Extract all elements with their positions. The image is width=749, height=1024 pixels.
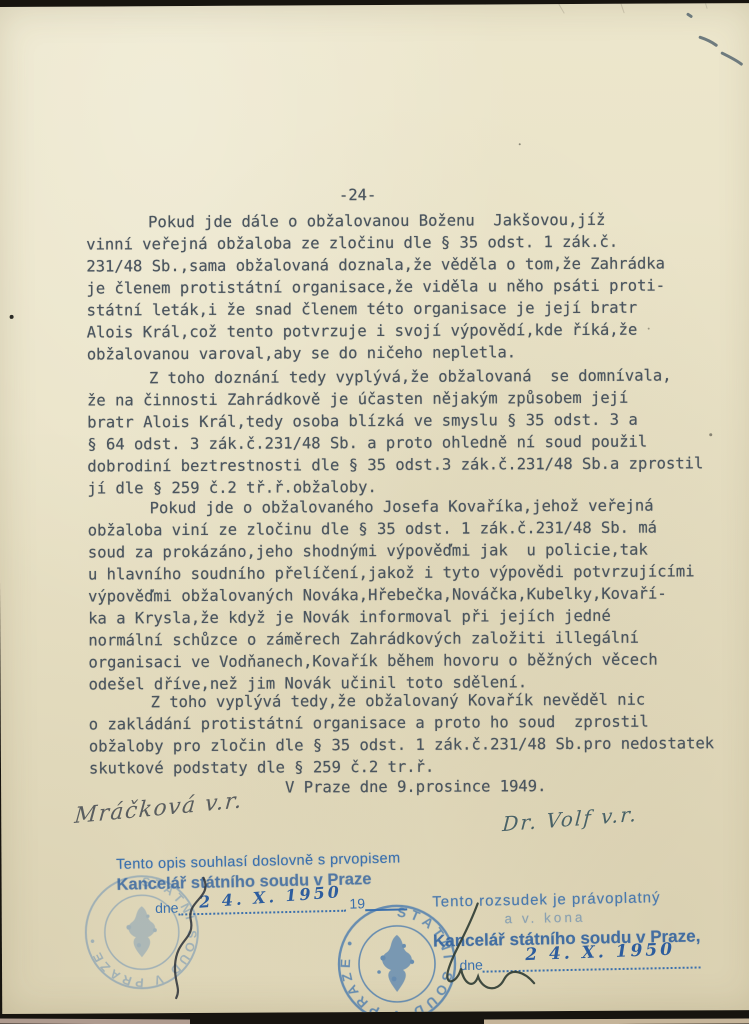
typed-line: výpověďmi obžalovaných Nováka,Hřebečka,N…	[88, 582, 728, 607]
dne-label: dne	[459, 957, 483, 973]
paper: -24- Pokud jde dále o obžalovanou Boženu…	[0, 3, 749, 1014]
page-number: -24-	[339, 186, 376, 204]
handwritten-signature-left: Mráčková v.r.	[74, 788, 244, 829]
stamp-date-line: dne 2 4. X. 1950	[459, 952, 701, 973]
paper-speck	[519, 143, 521, 145]
lion-emblem	[377, 935, 414, 992]
typed-paragraph: Z toho vyplývá tedy,že obžalovaný Kovaří…	[89, 688, 729, 779]
typed-line: dobrodiní beztrestnosti dle § 35 odst.3 …	[87, 452, 727, 477]
typed-line: obžaloby pro zločin dle § 35 odst. 1 zák…	[89, 732, 729, 757]
scanned-document: -24- Pokud jde dále o obžalovanou Boženu…	[0, 0, 749, 1024]
paper-speck	[709, 433, 712, 436]
typed-line: organisaci ve Vodňanech,Kovařík během ho…	[88, 648, 728, 673]
handwritten-signature-right: Dr. Volf v.r.	[502, 802, 639, 836]
typed-paragraph: Pokud jde dále o obžalovanou Boženu Jakš…	[86, 208, 727, 365]
year-prefix: 19	[349, 895, 365, 911]
stamp-line: a v. kona	[504, 907, 700, 926]
corner-pen-mark	[688, 14, 741, 64]
page-edge-sliver	[484, 1019, 749, 1024]
typed-line: Alois Král,což tento potvrzuje i svojí v…	[87, 318, 727, 343]
typed-paragraph: Pokud jde o obžalovaného Josefa Kovaříka…	[88, 494, 729, 695]
typed-line: skutkové podstaty dle § 259 č.2 tr.ř.	[89, 754, 729, 779]
dne-label: dne	[155, 900, 179, 917]
paper-speck	[648, 328, 650, 330]
scratch-marks	[556, 3, 707, 13]
typed-line: obžalovanou varoval,aby se do ničeho nep…	[87, 340, 727, 365]
page-edge-sliver	[0, 1019, 190, 1024]
paper-speck	[10, 315, 14, 319]
typed-line: Z toho doznání tedy vyplývá,že obžalovan…	[87, 364, 727, 389]
typed-dateline: V Praze dne 9.prosince 1949.	[285, 777, 546, 796]
typed-paragraph: Z toho doznání tedy vyplývá,že obžalovan…	[87, 364, 728, 499]
blank-line	[365, 896, 407, 911]
validity-stamp: Tento rozsudek je právoplatný a v. kona …	[432, 888, 701, 973]
certification-stamp: Tento opis souhlasí doslovně s prvopisem…	[116, 850, 407, 917]
